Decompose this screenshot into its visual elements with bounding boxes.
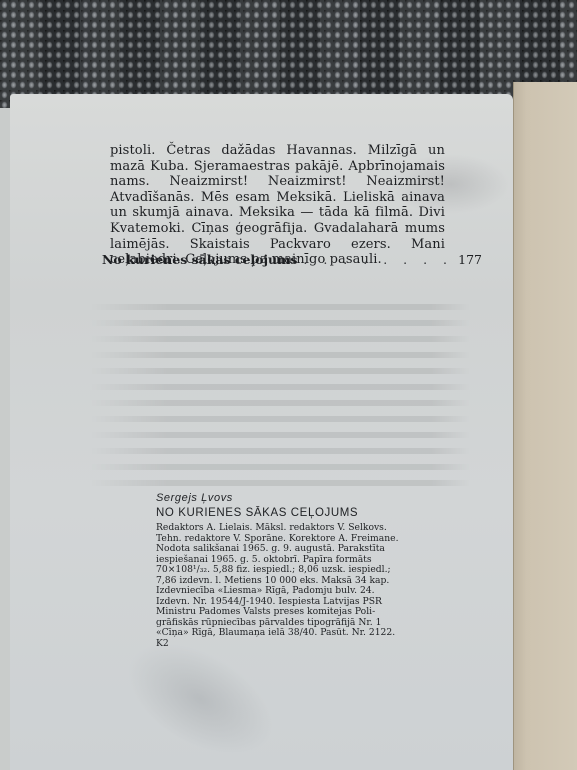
imprint-line: Izdevniecība «Liesma» Rīgā, Padomju bulv… bbox=[156, 586, 418, 597]
book-title: NO KURIENES SĀKAS CEĻOJUMS bbox=[156, 507, 418, 519]
toc-leader-dots: . . . . . . . . . . . . . . . . . . . bbox=[303, 252, 452, 267]
adjacent-page bbox=[513, 82, 577, 770]
author-name: Sergejs Ļvovs bbox=[156, 492, 418, 504]
imprint-line: Nodota salikšanai 1965. g. 9. augustā. P… bbox=[156, 544, 418, 555]
imprint-line: Ministru Padomes Valsts preses komitejas… bbox=[156, 607, 418, 618]
colophon: Sergejs Ļvovs NO KURIENES SĀKAS CEĻOJUMS… bbox=[156, 492, 418, 649]
toc-entry: No kurienes sākas ceļojums . . . . . . .… bbox=[102, 252, 482, 267]
imprint-line: «Cīņa» Rīgā, Blaumaņa ielā 38/40. Pasūt.… bbox=[156, 628, 418, 639]
imprint-line: Redaktors A. Lielais. Māksl. redaktors V… bbox=[156, 523, 418, 534]
imprint-block: Redaktors A. Lielais. Māksl. redaktors V… bbox=[156, 523, 418, 649]
contents-paragraph: pistoli. Četras dažādas Havannas. Milzīg… bbox=[110, 143, 445, 268]
imprint-line: K2 bbox=[156, 639, 418, 650]
toc-entry-title: No kurienes sākas ceļojums bbox=[102, 252, 297, 267]
imprint-line: 70×108¹/₃₂. 5,88 fiz. iespiedl.; 8,06 uz… bbox=[156, 565, 418, 576]
show-through-text bbox=[90, 304, 470, 494]
toc-page-number: 177 bbox=[458, 252, 482, 267]
